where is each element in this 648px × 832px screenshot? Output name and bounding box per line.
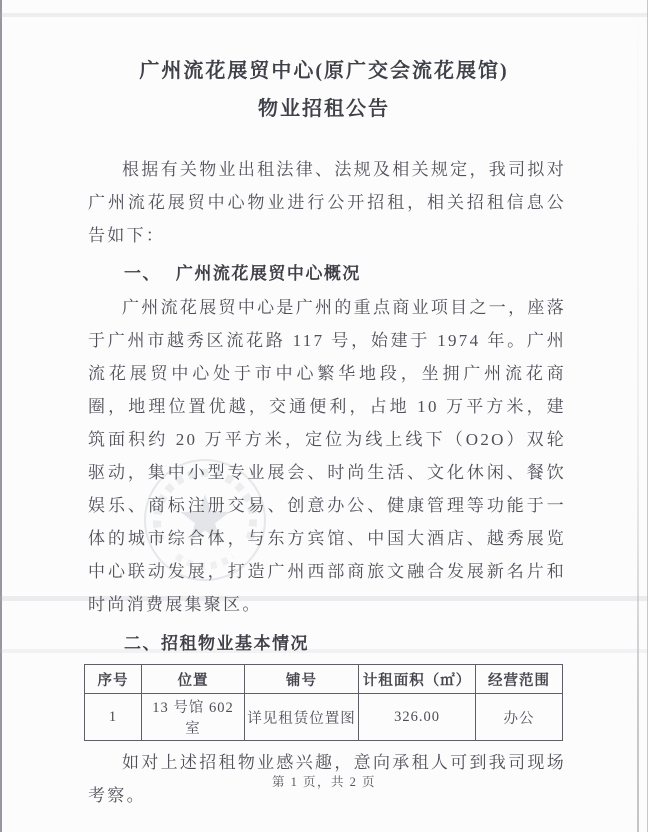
table-header-row: 序号 位置 铺号 计租面积（㎡） 经营范围	[85, 665, 563, 694]
page-number-indicator: 第 1 页，共 2 页	[0, 772, 648, 790]
cell-shop-no: 详见租赁位置图	[245, 694, 359, 741]
rental-property-table: 序号 位置 铺号 计租面积（㎡） 经营范围 1 13 号馆 602 室 详见租赁…	[84, 664, 563, 741]
document-body: 根据有关物业出租法律、法规及相关规定，我司拟对广州流花展贸中心物业进行公开招租，…	[88, 153, 566, 812]
scan-right-inner-edge	[637, 0, 639, 832]
header-location: 位置	[142, 665, 245, 694]
document-title-block: 广州流花展贸中心(原广交会流花展馆) 物业招租公告	[0, 0, 648, 128]
document-title-line1: 广州流花展贸中心(原广交会流花展馆)	[0, 52, 648, 90]
table-row: 1 13 号馆 602 室 详见租赁位置图 326.00 办公	[85, 694, 563, 741]
cell-business-scope: 办公	[476, 694, 563, 741]
scan-left-edge	[0, 0, 2, 832]
intro-paragraph: 根据有关物业出租法律、法规及相关规定，我司拟对广州流花展贸中心物业进行公开招租，…	[88, 153, 566, 252]
document-page: 广州流花展贸中心(原广交会流花展馆) 物业招租公告 根据有关物业出租法律、法规及…	[0, 0, 648, 832]
section1-heading: 一、 广州流花展贸中心概况	[88, 258, 566, 291]
cell-seq-no: 1	[85, 694, 142, 741]
header-shop-no: 铺号	[245, 665, 359, 694]
document-title-line2: 物业招租公告	[0, 90, 648, 128]
header-rent-area: 计租面积（㎡）	[359, 665, 476, 694]
cell-location: 13 号馆 602 室	[142, 694, 245, 741]
cell-rent-area: 326.00	[359, 694, 476, 741]
header-seq-no: 序号	[85, 665, 142, 694]
section2-heading: 二、招租物业基本情况	[88, 628, 566, 661]
header-business-scope: 经营范围	[476, 665, 563, 694]
section1-paragraph: 广州流花展贸中心是广州的重点商业项目之一，座落于广州市越秀区流花路 117 号，…	[88, 291, 566, 621]
